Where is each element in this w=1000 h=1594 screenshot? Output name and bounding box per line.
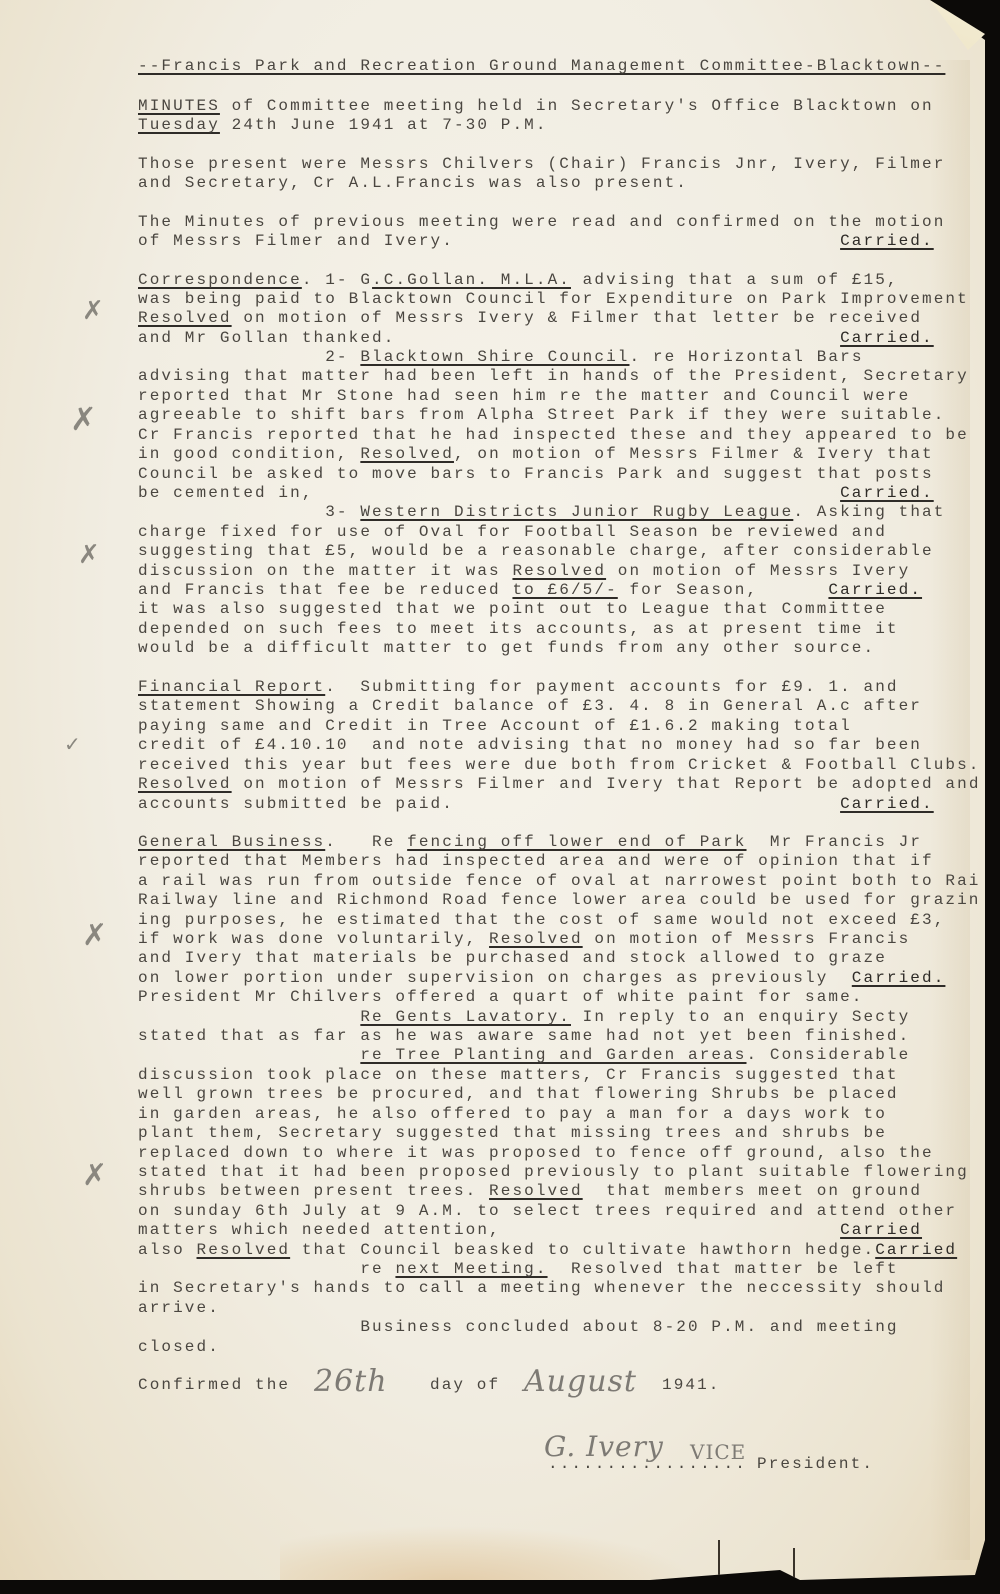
- lavatory-line-1: Re Gents Lavatory. In reply to an enquir…: [138, 1008, 910, 1027]
- margin-cross-icon: ✗: [82, 918, 107, 953]
- financial-line-2: statement Showing a Credit balance of £3…: [138, 697, 922, 716]
- correspondence-3-line-3: suggesting that £5, would be a reasonabl…: [138, 542, 934, 561]
- general-line-1: General Business. Re fencing off lower e…: [138, 833, 922, 852]
- tree-planting-line-10: matters which needed attention, Carried: [138, 1221, 922, 1240]
- carried-label: Carried.: [840, 329, 934, 347]
- tree-planting-line-7: stated that it had been proposed previou…: [138, 1163, 969, 1182]
- tree-planting-line-5: plant them, Secretary suggested that mis…: [138, 1124, 887, 1143]
- correspondence-3-line-2: charge fixed for use of Oval for Footbal…: [138, 523, 887, 542]
- section-heading-financial: Financial Report: [138, 678, 325, 696]
- correspondence-2-line-2: advising that matter had been left in ha…: [138, 367, 969, 386]
- correspondence-2-line-8: be cemented in, Carried.: [138, 484, 934, 503]
- correspondence-2-line-3: reported that Mr Stone had seen him re t…: [138, 387, 910, 406]
- document-title: --Francis Park and Recreation Ground Man…: [138, 57, 945, 76]
- correspondence-3-line-1: 3- Western Districts Junior Rugby League…: [138, 503, 945, 522]
- paper-tear: [718, 1540, 720, 1580]
- general-line-7: and Ivery that materials be purchased an…: [138, 949, 887, 968]
- correspondence-2-line-5: Cr Francis reported that he had inspecte…: [138, 426, 969, 445]
- lavatory-line-2: stated that as far as he was aware same …: [138, 1027, 910, 1046]
- financial-line-5: received this year but fees were due bot…: [138, 756, 981, 775]
- margin-cross-icon: ✗: [82, 296, 104, 326]
- financial-line-7: accounts submitted be paid. Carried.: [138, 795, 934, 814]
- general-line-6: if work was done voluntarily, Resolved o…: [138, 930, 910, 949]
- margin-cross-icon: ✗: [78, 540, 100, 570]
- carried-label: Carried.: [840, 484, 934, 502]
- page-edge-shading: [930, 60, 970, 1560]
- general-line-3: a rail was run from outside fence of ova…: [138, 872, 981, 891]
- correspondence-2-line-6: in good condition, Resolved, on motion o…: [138, 445, 934, 464]
- correspondence-2-line-1: 2- Blacktown Shire Council. re Horizonta…: [138, 348, 864, 367]
- section-heading-general: General Business: [138, 833, 325, 851]
- general-line-2: reported that Members had inspected area…: [138, 852, 934, 871]
- tree-planting-line-11: also Resolved that Council beasked to cu…: [138, 1241, 957, 1260]
- president-label: President.: [757, 1455, 874, 1474]
- tree-planting-line-1: re Tree Planting and Garden areas. Consi…: [138, 1046, 910, 1065]
- tree-planting-line-2: discussion took place on these matters, …: [138, 1066, 899, 1085]
- handwritten-day: 26th: [314, 1364, 388, 1399]
- confirmed-label: Confirmed the: [138, 1376, 290, 1395]
- next-meeting-line-2: in Secretary's hands to call a meeting w…: [138, 1279, 945, 1298]
- handwritten-vice: VICE: [690, 1440, 746, 1464]
- correspondence-2-line-7: Council be asked to move bars to Francis…: [138, 465, 934, 484]
- margin-tick-icon: ✓: [64, 732, 81, 756]
- water-stain: [280, 1525, 700, 1585]
- attendees-line-1: Those present were Messrs Chilvers (Chai…: [138, 155, 945, 174]
- tree-planting-line-9: on sunday 6th July at 9 A.M. to select t…: [138, 1202, 957, 1221]
- financial-line-6: Resolved on motion of Messrs Filmer and …: [138, 775, 981, 794]
- carried-label: Carried.: [828, 581, 922, 599]
- closing-line-1: Business concluded about 8-20 P.M. and m…: [138, 1318, 899, 1337]
- confirmed-year: 1941.: [662, 1376, 721, 1395]
- financial-line-1: Financial Report. Submitting for payment…: [138, 678, 899, 697]
- next-meeting-line-3: arrive.: [138, 1299, 220, 1318]
- closing-line-2: closed.: [138, 1338, 220, 1357]
- margin-cross-icon: ✗: [82, 1158, 107, 1193]
- correspondence-1-line-4: and Mr Gollan thanked. Carried.: [138, 329, 934, 348]
- general-line-5: ing purposes, he estimated that the cost…: [138, 911, 945, 930]
- general-line-8: on lower portion under supervision on ch…: [138, 969, 945, 988]
- carried-label: Carried.: [840, 795, 934, 813]
- general-line-9: President Mr Chilvers offered a quart of…: [138, 988, 864, 1007]
- tree-planting-line-3: well grown trees be procured, and that f…: [138, 1085, 899, 1104]
- paper-tear: [793, 1548, 795, 1580]
- next-meeting-line-1: re next Meeting. Resolved that matter be…: [138, 1260, 899, 1279]
- financial-line-4: credit of £4.10.10 and note advising tha…: [138, 736, 922, 755]
- correspondence-3-line-7: depended on such fees to meet its accoun…: [138, 620, 899, 639]
- handwritten-month: August: [524, 1364, 637, 1399]
- carried-label: Carried: [875, 1241, 957, 1259]
- minutes-intro-line-2: Tuesday 24th June 1941 at 7-30 P.M.: [138, 116, 548, 135]
- correspondence-1-line-3: Resolved on motion of Messrs Ivery & Fil…: [138, 309, 922, 328]
- correspondence-3-line-6: it was also suggested that we point out …: [138, 600, 887, 619]
- carried-label: Carried: [840, 1221, 922, 1239]
- tree-planting-line-6: replaced down to where it was proposed t…: [138, 1144, 934, 1163]
- carried-label: Carried.: [840, 232, 934, 250]
- margin-cross-icon: ✗: [70, 400, 97, 438]
- correspondence-3-line-4: discussion on the matter it was Resolved…: [138, 562, 910, 581]
- correspondence-2-line-4: agreeable to shift bars from Alpha Stree…: [138, 406, 945, 425]
- carried-label: Carried.: [852, 969, 946, 987]
- minutes-intro-line-1: MINUTES of Committee meeting held in Sec…: [138, 97, 934, 116]
- attendees-line-2: and Secretary, Cr A.L.Francis was also p…: [138, 174, 688, 193]
- tree-planting-line-8: shrubs between present trees. Resolved t…: [138, 1182, 922, 1201]
- correspondence-1-line-2: was being paid to Blacktown Council for …: [138, 290, 969, 309]
- financial-line-3: paying same and Credit in Tree Account o…: [138, 717, 852, 736]
- document-page: --Francis Park and Recreation Ground Man…: [0, 0, 985, 1580]
- correspondence-3-line-5: and Francis that fee be reduced to £6/5/…: [138, 581, 922, 600]
- section-heading-correspondence: Correspondence: [138, 271, 302, 289]
- day-of-label: day of: [430, 1376, 500, 1395]
- previous-minutes-line-2: of Messrs Filmer and Ivery. Carried.: [138, 232, 934, 251]
- correspondence-heading-line: Correspondence. 1- G.C.Gollan. M.L.A. ad…: [138, 271, 899, 290]
- general-line-4: Railway line and Richmond Road fence low…: [138, 891, 981, 910]
- correspondence-3-line-8: would be a difficult matter to get funds…: [138, 639, 875, 658]
- previous-minutes-line-1: The Minutes of previous meeting were rea…: [138, 213, 945, 232]
- handwritten-signature: G. Ivery: [544, 1430, 664, 1463]
- tree-planting-line-4: in garden areas, he also offered to pay …: [138, 1105, 887, 1124]
